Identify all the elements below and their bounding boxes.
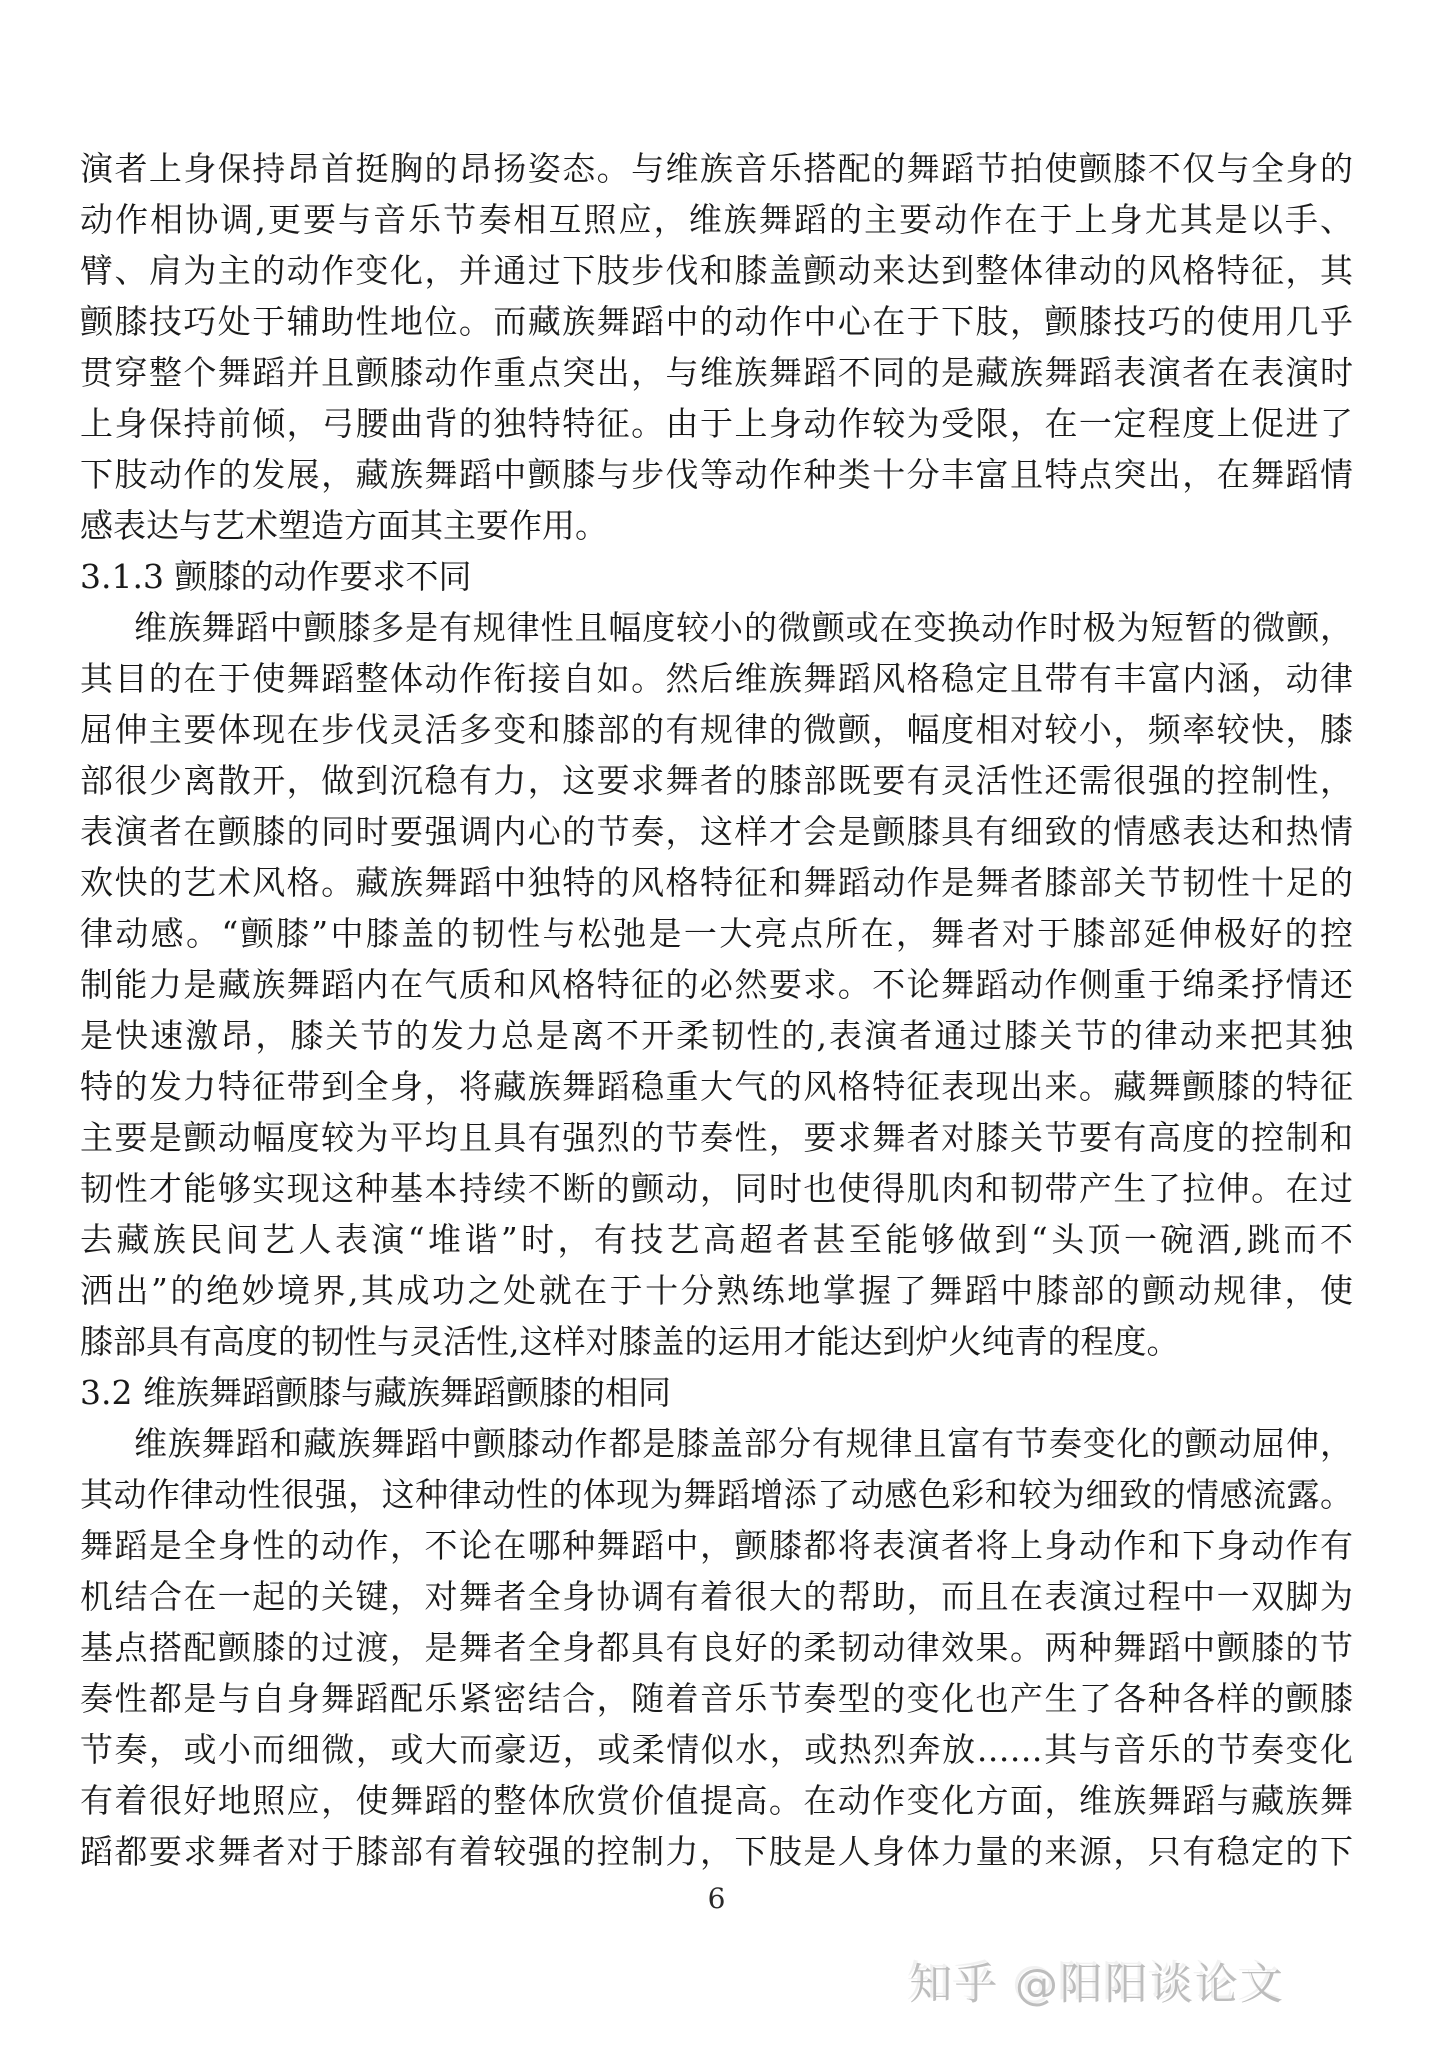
paragraph-first-line: 维族舞蹈和藏族舞蹈中颤膝动作都是膝盖部分有规律且富有节奏变化的颤动屈伸， — [80, 1418, 1353, 1469]
document-page: 演者上身保持昂首挺胸的昂扬姿态。与维族音乐搭配的舞蹈节拍使颤膝不仅与全身的 动作… — [0, 0, 1448, 2048]
text-line: 特的发力特征带到全身，将藏族舞蹈稳重大气的风格特征表现出来。藏舞颤膝的特征 — [80, 1061, 1353, 1112]
page-number: 6 — [80, 1882, 1353, 1916]
text-line: 部很少离散开，做到沉稳有力，这要求舞者的膝部既要有灵活性还需很强的控制性， — [80, 755, 1353, 806]
text-line: 奏性都是与自身舞蹈配乐紧密结合，随着音乐节奏型的变化也产生了各种各样的颤膝 — [80, 1673, 1353, 1724]
section-heading-3-2: 3.2 维族舞蹈颤膝与藏族舞蹈颤膝的相同 — [80, 1367, 1353, 1418]
text-line: 下肢动作的发展，藏族舞蹈中颤膝与步伐等动作种类十分丰富且特点突出，在舞蹈情 — [80, 449, 1353, 500]
text-line: 节奏，或小而细微，或大而豪迈，或柔情似水，或热烈奔放……其与音乐的节奏变化 — [80, 1724, 1353, 1775]
section-heading-3-1-3: 3.1.3 颤膝的动作要求不同 — [80, 551, 1353, 602]
text-line: 是快速激昂，膝关节的发力总是离不开柔韧性的,表演者通过膝关节的律动来把其独 — [80, 1010, 1353, 1061]
paragraph-first-line: 维族舞蹈中颤膝多是有规律性且幅度较小的微颤或在变换动作时极为短暂的微颤， — [80, 602, 1353, 653]
text-block: 演者上身保持昂首挺胸的昂扬姿态。与维族音乐搭配的舞蹈节拍使颤膝不仅与全身的 动作… — [80, 143, 1353, 1877]
text-line: 制能力是藏族舞蹈内在气质和风格特征的必然要求。不论舞蹈动作侧重于绵柔抒情还 — [80, 959, 1353, 1010]
text-line: 演者上身保持昂首挺胸的昂扬姿态。与维族音乐搭配的舞蹈节拍使颤膝不仅与全身的 — [80, 143, 1353, 194]
watermark: 知乎 @阳阳谈论文 — [909, 1956, 1285, 2014]
text-line: 律动感。“颤膝”中膝盖的韧性与松弛是一大亮点所在，舞者对于膝部延伸极好的控 — [80, 908, 1353, 959]
text-line: 洒出”的绝妙境界,其成功之处就在于十分熟练地掌握了舞蹈中膝部的颤动规律，使 — [80, 1265, 1353, 1316]
text-line: 屈伸主要体现在步伐灵活多变和膝部的有规律的微颤，幅度相对较小，频率较快，膝 — [80, 704, 1353, 755]
paragraph-end-line: 膝部具有高度的韧性与灵活性,这样对膝盖的运用才能达到炉火纯青的程度。 — [80, 1316, 1353, 1367]
text-line: 去藏族民间艺人表演“堆谐”时，有技艺高超者甚至能够做到“头顶一碗酒,跳而不 — [80, 1214, 1353, 1265]
text-line: 颤膝技巧处于辅助性地位。而藏族舞蹈中的动作中心在于下肢，颤膝技巧的使用几乎 — [80, 296, 1353, 347]
text-line: 上身保持前倾，弓腰曲背的独特特征。由于上身动作较为受限，在一定程度上促进了 — [80, 398, 1353, 449]
text-line: 表演者在颤膝的同时要强调内心的节奏，这样才会是颤膝具有细致的情感表达和热情 — [80, 806, 1353, 857]
text-line: 舞蹈是全身性的动作，不论在哪种舞蹈中，颤膝都将表演者将上身动作和下身动作有 — [80, 1520, 1353, 1571]
text-line: 臂、肩为主的动作变化，并通过下肢步伐和膝盖颤动来达到整体律动的风格特征，其 — [80, 245, 1353, 296]
text-line: 欢快的艺术风格。藏族舞蹈中独特的风格特征和舞蹈动作是舞者膝部关节韧性十足的 — [80, 857, 1353, 908]
text-line: 蹈都要求舞者对于膝部有着较强的控制力，下肢是人身体力量的来源，只有稳定的下 — [80, 1826, 1353, 1877]
text-line: 动作相协调,更要与音乐节奏相互照应，维族舞蹈的主要动作在于上身尤其是以手、 — [80, 194, 1353, 245]
text-line: 有着很好地照应，使舞蹈的整体欣赏价值提高。在动作变化方面，维族舞蹈与藏族舞 — [80, 1775, 1353, 1826]
text-line: 机结合在一起的关键，对舞者全身协调有着很大的帮助，而且在表演过程中一双脚为 — [80, 1571, 1353, 1622]
paragraph-end-line: 感表达与艺术塑造方面其主要作用。 — [80, 500, 1353, 551]
text-line: 其目的在于使舞蹈整体动作衔接自如。然后维族舞蹈风格稳定且带有丰富内涵，动律 — [80, 653, 1353, 704]
text-line: 贯穿整个舞蹈并且颤膝动作重点突出，与维族舞蹈不同的是藏族舞蹈表演者在表演时 — [80, 347, 1353, 398]
text-line: 主要是颤动幅度较为平均且具有强烈的节奏性，要求舞者对膝关节要有高度的控制和 — [80, 1112, 1353, 1163]
text-line: 基点搭配颤膝的过渡，是舞者全身都具有良好的柔韧动律效果。两种舞蹈中颤膝的节 — [80, 1622, 1353, 1673]
text-line: 韧性才能够实现这种基本持续不断的颤动，同时也使得肌肉和韧带产生了拉伸。在过 — [80, 1163, 1353, 1214]
text-line: 其动作律动性很强，这种律动性的体现为舞蹈增添了动感色彩和较为细致的情感流露。 — [80, 1469, 1353, 1520]
